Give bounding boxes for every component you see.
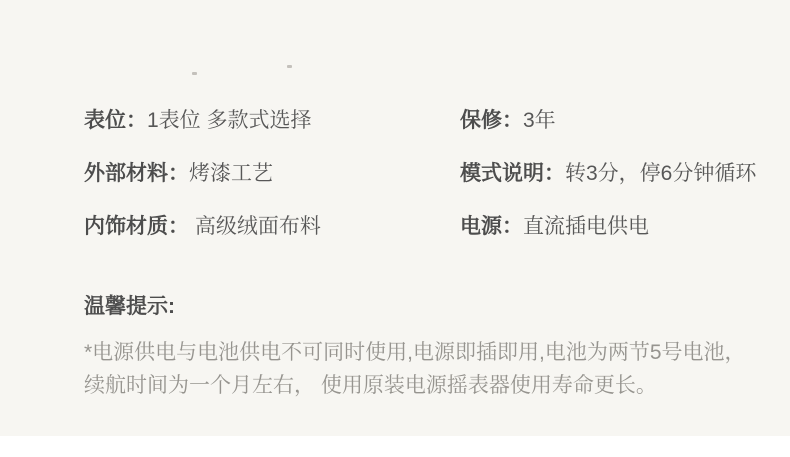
spec-row-power: 电源：直流插电供电 bbox=[460, 214, 649, 240]
spec-row-exterior-material: 外部材料：烤漆工艺 bbox=[84, 161, 273, 187]
spec-label: 模式说明： bbox=[460, 162, 565, 185]
notice-title: 温馨提示: bbox=[84, 290, 175, 320]
spec-value: 烤漆工艺 bbox=[189, 162, 273, 185]
spec-label: 保修： bbox=[460, 109, 523, 132]
spec-label: 表位： bbox=[84, 109, 147, 132]
dust-speck bbox=[192, 72, 197, 75]
spec-row-interior-material: 内饰材质： 高级绒面布料 bbox=[84, 214, 321, 240]
notice-line: *电源供电与电池供电不可同时使用,电源即插即用,电池为两节5号电池， bbox=[84, 336, 764, 369]
notice-paragraph: *电源供电与电池供电不可同时使用,电源即插即用,电池为两节5号电池， 续航时间为… bbox=[84, 336, 764, 402]
spec-row-warranty: 保修：3年 bbox=[460, 108, 556, 134]
spec-panel: 表位：1表位 多款式选择 外部材料：烤漆工艺 内饰材质： 高级绒面布料 保修：3… bbox=[0, 0, 790, 436]
spec-value: 转3分，停6分钟循环 bbox=[565, 162, 756, 185]
spec-row-dial: 表位：1表位 多款式选择 bbox=[84, 108, 312, 134]
spec-value: 直流插电供电 bbox=[523, 215, 649, 238]
product-detail-section: 表位：1表位 多款式选择 外部材料：烤漆工艺 内饰材质： 高级绒面布料 保修：3… bbox=[0, 0, 790, 457]
dust-speck bbox=[287, 65, 292, 68]
spec-row-mode: 模式说明：转3分，停6分钟循环 bbox=[460, 161, 756, 187]
spec-value: 1表位 多款式选择 bbox=[147, 109, 312, 132]
spec-label: 外部材料： bbox=[84, 162, 189, 185]
notice-line: 续航时间为一个月左右， 使用原装电源摇表器使用寿命更长。 bbox=[84, 369, 764, 402]
spec-value: 3年 bbox=[523, 109, 556, 132]
spec-value: 高级绒面布料 bbox=[189, 215, 321, 238]
spec-label: 内饰材质： bbox=[84, 215, 189, 238]
spec-label: 电源： bbox=[460, 215, 523, 238]
